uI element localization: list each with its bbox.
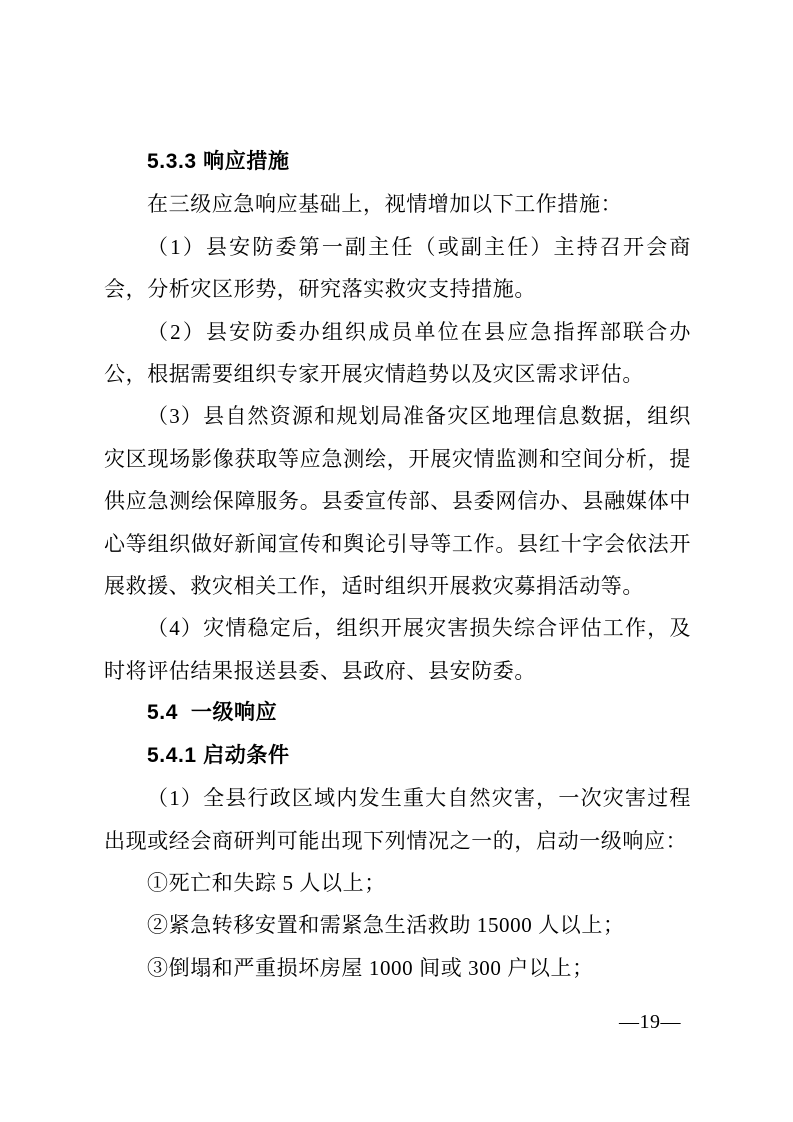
section-heading: 5.4.1 启动条件 bbox=[104, 735, 691, 777]
paragraph: （4）灾情稳定后，组织开展灾害损失综合评估工作，及时将评估结果报送县委、县政府、… bbox=[104, 607, 691, 692]
paragraph: （1）县安防委第一副主任（或副主任）主持召开会商会，分析灾区形势，研究落实救灾支… bbox=[104, 226, 691, 311]
section-heading: 5.3.3 响应措施 bbox=[104, 141, 691, 183]
list-item: ③倒塌和严重损坏房屋 1000 间或 300 户以上； bbox=[104, 947, 691, 989]
document-body: 5.3.3 响应措施在三级应急响应基础上，视情增加以下工作措施：（1）县安防委第… bbox=[104, 141, 691, 989]
paragraph: 在三级应急响应基础上，视情增加以下工作措施： bbox=[104, 183, 691, 225]
document-page: 5.3.3 响应措施在三级应急响应基础上，视情增加以下工作措施：（1）县安防委第… bbox=[0, 0, 793, 1122]
list-item: ①死亡和失踪 5 人以上； bbox=[104, 862, 691, 904]
paragraph: （3）县自然资源和规划局准备灾区地理信息数据，组织灾区现场影像获取等应急测绘，开… bbox=[104, 395, 691, 607]
list-item: ②紧急转移安置和需紧急生活救助 15000 人以上； bbox=[104, 904, 691, 946]
paragraph: （1）全县行政区域内发生重大自然灾害，一次灾害过程出现或经会商研判可能出现下列情… bbox=[104, 777, 691, 862]
page-number: —19— bbox=[619, 1008, 681, 1036]
paragraph: （2）县安防委办组织成员单位在县应急指挥部联合办公，根据需要组织专家开展灾情趋势… bbox=[104, 311, 691, 396]
section-heading: 5.4 一级响应 bbox=[104, 692, 691, 734]
